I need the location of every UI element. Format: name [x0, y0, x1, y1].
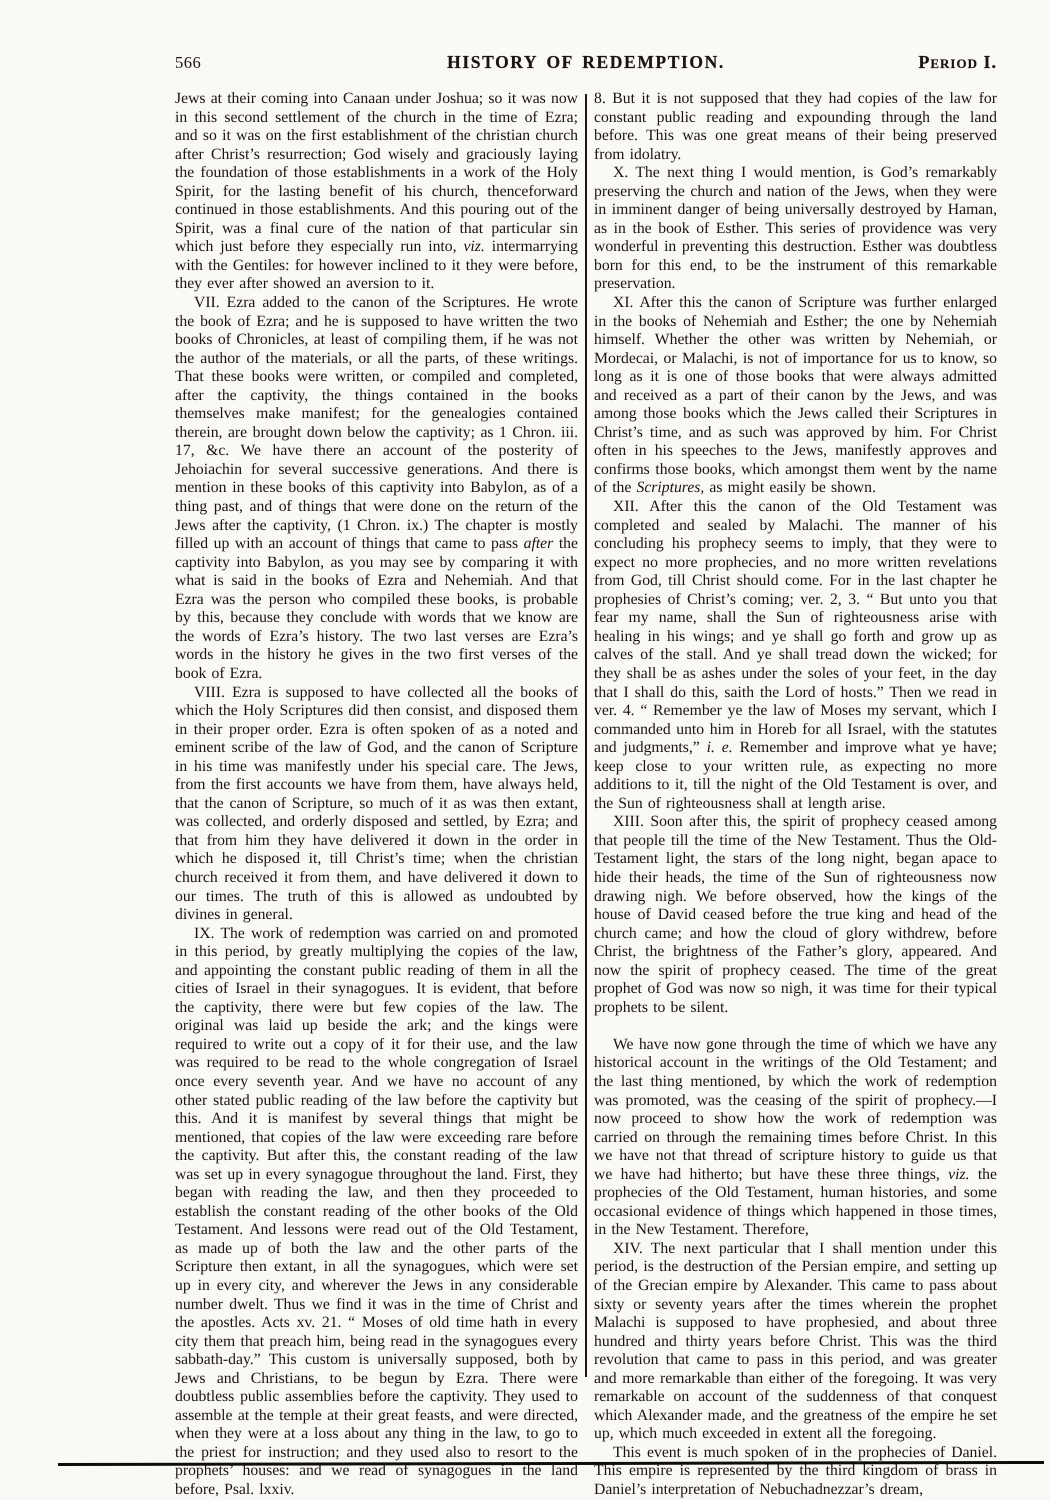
paragraph: XIV. The next particular that I shall me… — [594, 1240, 997, 1444]
left-column: Jews at their coming into Canaan under J… — [175, 90, 578, 1500]
paragraph: XIII. Soon after this, the spirit of pro… — [594, 813, 997, 1017]
paragraph: XII. After this the canon of the Old Tes… — [594, 498, 997, 813]
paragraph: X. The next thing I would mention, is Go… — [594, 164, 997, 294]
paragraph: IX. The work of redemption was carried o… — [175, 925, 578, 1500]
text-run: XI. After this the canon of Scripture wa… — [594, 294, 997, 496]
text-run: We have now gone through the time of whi… — [594, 1036, 997, 1183]
book-page: 566 HISTORY OF REDEMPTION. Period I. Jew… — [0, 0, 1050, 1500]
text-run: XIII. Soon after this, the spirit of pro… — [594, 813, 997, 1015]
text-run: Jews at their coming into Canaan under J… — [175, 90, 578, 255]
paragraph: Jews at their coming into Canaan under J… — [175, 90, 578, 294]
page-title: HISTORY OF REDEMPTION. — [175, 52, 997, 73]
italic-text-run: i. e. — [707, 739, 733, 756]
paragraph: 8. But it is not supposed that they had … — [594, 90, 997, 164]
italic-text-run: Scriptures, — [636, 479, 704, 496]
text-run: X. The next thing I would mention, is Go… — [594, 164, 997, 292]
paragraph: This event is much spoken of in the prop… — [594, 1444, 997, 1500]
text-run: IX. The work of redemption was carried o… — [175, 925, 578, 1498]
text-run: XIV. The next particular that I shall me… — [594, 1240, 997, 1442]
text-run: the captivity into Babylon, as you may s… — [175, 535, 578, 682]
italic-text-run: after — [524, 535, 554, 552]
paragraph: XI. After this the canon of Scripture wa… — [594, 294, 997, 498]
text-run: This event is much spoken of in the prop… — [594, 1444, 997, 1498]
column-divider-rule — [585, 94, 587, 1377]
text-run: VIII. Ezra is supposed to have collected… — [175, 684, 578, 924]
running-head: 566 HISTORY OF REDEMPTION. Period I. — [175, 52, 997, 73]
column-gap — [578, 90, 594, 1500]
text-run: XII. After this the canon of the Old Tes… — [594, 498, 997, 756]
italic-text-run: viz. — [948, 1166, 969, 1183]
paragraph: VIII. Ezra is supposed to have collected… — [175, 684, 578, 925]
text-columns: Jews at their coming into Canaan under J… — [175, 90, 997, 1500]
text-run: VII. Ezra added to the canon of the Scri… — [175, 294, 578, 552]
text-run: 8. But it is not supposed that they had … — [594, 90, 997, 163]
text-run: as might easily be shown. — [704, 479, 876, 496]
paragraph: We have now gone through the time of whi… — [594, 1036, 997, 1240]
right-column: 8. But it is not supposed that they had … — [594, 90, 997, 1500]
italic-text-run: viz. — [463, 238, 484, 255]
paragraph: VII. Ezra added to the canon of the Scri… — [175, 294, 578, 683]
